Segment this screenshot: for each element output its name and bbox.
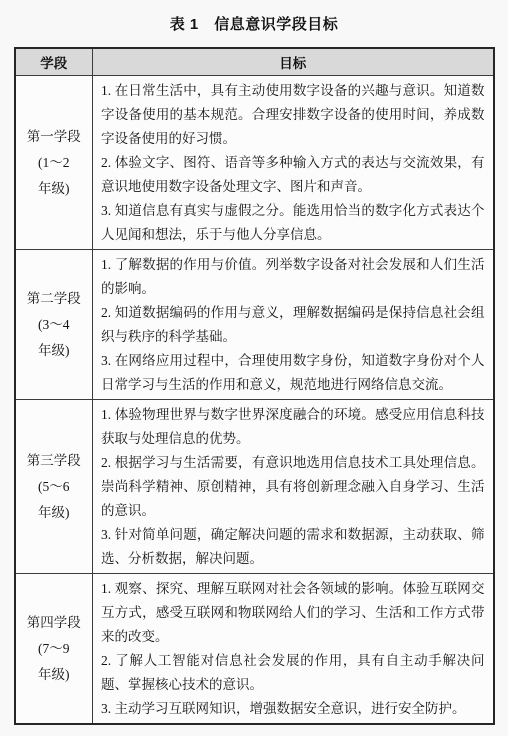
goal-item: 2. 体验文字、图符、语音等多种输入方式的表达与交流效果，有意识地使用数字设备处… xyxy=(101,151,485,199)
goal-item: 2. 根据学习与生活需要，有意识地选用信息技术工具处理信息。崇尚科学精神、原创精… xyxy=(101,451,485,523)
header-cell-goal: 目标 xyxy=(93,48,494,76)
stage-label-line: 年级) xyxy=(18,500,91,526)
stage-label-line: 第二学段 xyxy=(18,286,91,312)
goal-cell: 1. 观察、探究、理解互联网对社会各领域的影响。体验互联网交互方式，感受互联网和… xyxy=(93,574,494,725)
stage-cell: 第一学段 (1～2 年级) xyxy=(15,76,93,250)
table-row: 第一学段 (1～2 年级) 1. 在日常生活中，具有主动使用数字设备的兴趣与意识… xyxy=(15,76,494,250)
goal-item: 3. 主动学习互联网知识，增强数据安全意识，进行安全防护。 xyxy=(101,697,485,721)
stage-label-line: 年级) xyxy=(18,338,91,364)
goal-item: 1. 了解数据的作用与价值。列举数字设备对社会发展和人们生活的影响。 xyxy=(101,253,485,301)
stage-label-line: 第三学段 xyxy=(18,448,91,474)
header-row: 学段 目标 xyxy=(15,48,494,76)
goal-cell: 1. 了解数据的作用与价值。列举数字设备对社会发展和人们生活的影响。 2. 知道… xyxy=(93,250,494,400)
table-row: 第四学段 (7～9 年级) 1. 观察、探究、理解互联网对社会各领域的影响。体验… xyxy=(15,574,494,725)
header-cell-stage: 学段 xyxy=(15,48,93,76)
table-row: 第三学段 (5～6 年级) 1. 体验物理世界与数字世界深度融合的环境。感受应用… xyxy=(15,400,494,574)
goal-item: 1. 体验物理世界与数字世界深度融合的环境。感受应用信息科技获取与处理信息的优势… xyxy=(101,403,485,451)
stage-label-line: 第一学段 xyxy=(18,124,91,150)
goal-item: 1. 观察、探究、理解互联网对社会各领域的影响。体验互联网交互方式，感受互联网和… xyxy=(101,577,485,649)
stage-label-line: (3～4 xyxy=(18,312,91,338)
stage-label-line: 年级) xyxy=(18,662,91,688)
stage-label-line: (7～9 xyxy=(18,636,91,662)
goal-item: 3. 针对简单问题，确定解决问题的需求和数据源，主动获取、筛选、分析数据，解决问… xyxy=(101,523,485,571)
stage-label-line: (5～6 xyxy=(18,474,91,500)
table-row: 第二学段 (3～4 年级) 1. 了解数据的作用与价值。列举数字设备对社会发展和… xyxy=(15,250,494,400)
goal-cell: 1. 在日常生活中，具有主动使用数字设备的兴趣与意识。知道数字设备使用的基本规范… xyxy=(93,76,494,250)
goal-item: 3. 知道信息有真实与虚假之分。能选用恰当的数字化方式表达个人见闻和想法，乐于与… xyxy=(101,199,485,247)
stage-cell: 第四学段 (7～9 年级) xyxy=(15,574,93,725)
stage-label-line: 第四学段 xyxy=(18,610,91,636)
goal-item: 1. 在日常生活中，具有主动使用数字设备的兴趣与意识。知道数字设备使用的基本规范… xyxy=(101,79,485,151)
stage-cell: 第二学段 (3～4 年级) xyxy=(15,250,93,400)
goal-item: 2. 了解人工智能对信息社会发展的作用，具有自主动手解决问题、掌握核心技术的意识… xyxy=(101,649,485,697)
stage-cell: 第三学段 (5～6 年级) xyxy=(15,400,93,574)
goals-table: 学段 目标 第一学段 (1～2 年级) 1. 在日常生活中，具有主动使用数字设备… xyxy=(14,47,495,725)
stage-label-line: (1～2 xyxy=(18,150,91,176)
document-page: 表 1 信息意识学段目标 学段 目标 第一学段 (1～2 年级) 1. 在日常生… xyxy=(0,0,508,736)
stage-label-line: 年级) xyxy=(18,176,91,202)
goal-item: 2. 知道数据编码的作用与意义，理解数据编码是保持信息社会组织与秩序的科学基础。 xyxy=(101,301,485,349)
table-caption: 表 1 信息意识学段目标 xyxy=(0,13,508,34)
goal-item: 3. 在网络应用过程中，合理使用数字身份，知道数字身份对个人日常学习与生活的作用… xyxy=(101,349,485,397)
goal-cell: 1. 体验物理世界与数字世界深度融合的环境。感受应用信息科技获取与处理信息的优势… xyxy=(93,400,494,574)
